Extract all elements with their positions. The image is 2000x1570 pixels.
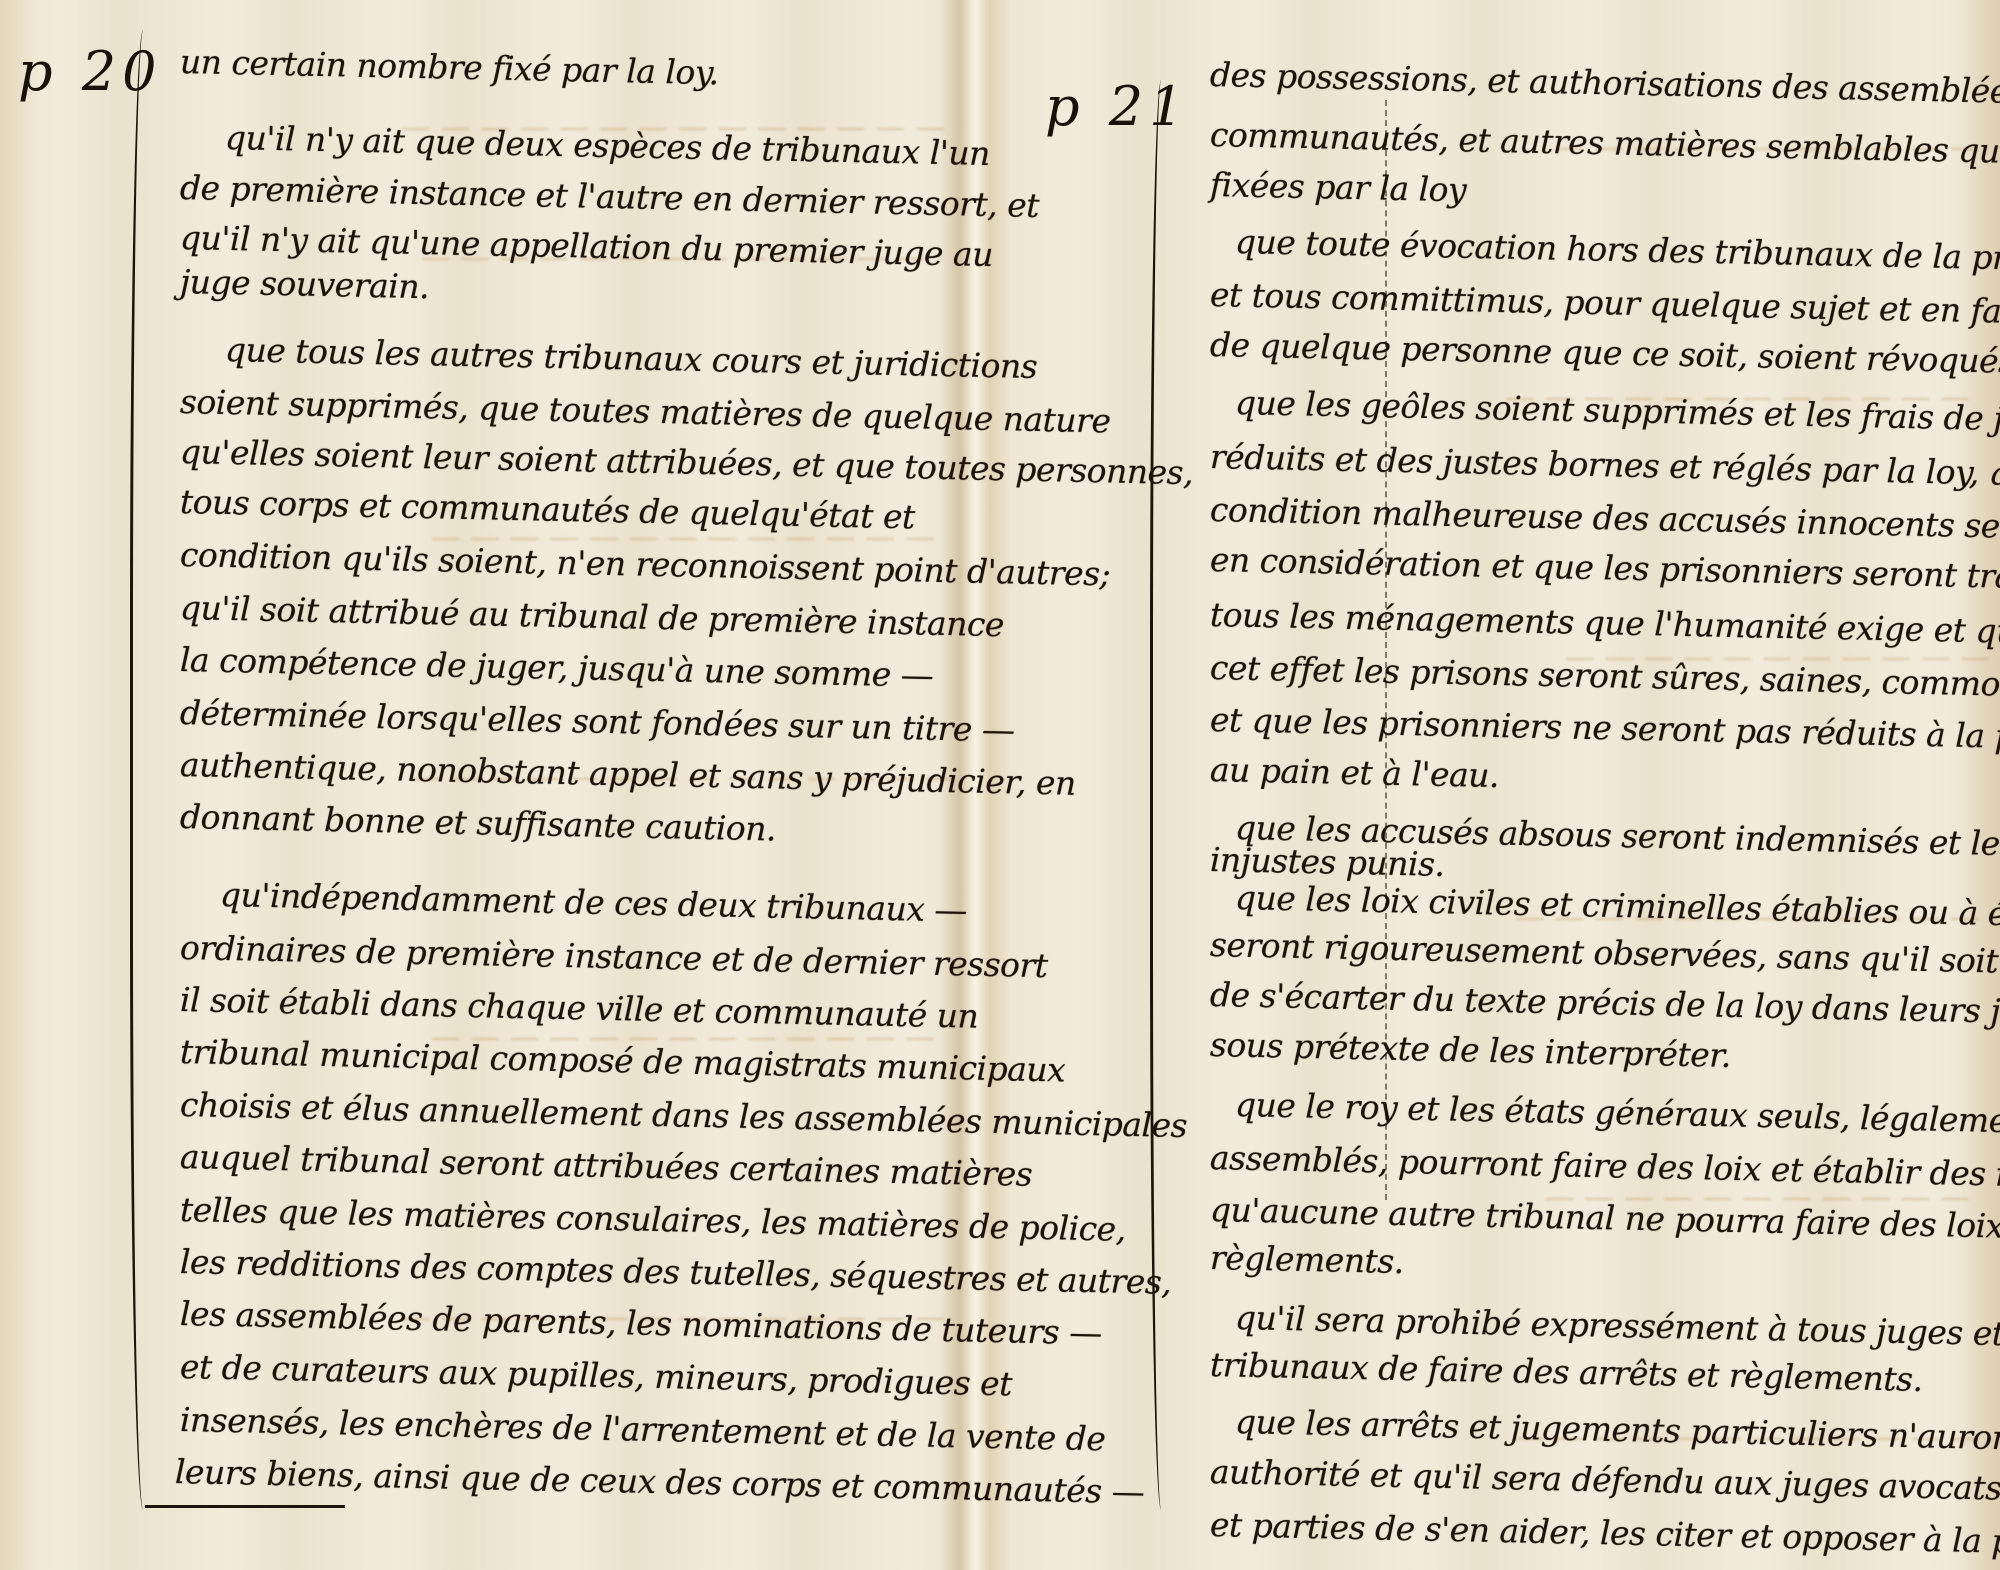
text-line: que les geôles soient supprimés et les f… xyxy=(1235,383,2000,440)
text-line: de première instance et l'autre en derni… xyxy=(180,168,1040,225)
text-line: et tous committimus, pour quelque sujet … xyxy=(1210,275,2000,332)
text-line: insensés, les enchères de l'arrentement … xyxy=(180,1400,1106,1458)
text-line: communautés, et autres matières semblabl… xyxy=(1210,115,2000,175)
text-line: qu'aucune autre tribunal ne pourra faire… xyxy=(1210,1190,2000,1248)
text-line: règlements. xyxy=(1210,1238,1405,1281)
text-line: soient supprimés, que toutes matières de… xyxy=(180,382,1111,440)
text-line: que les arrêts et jugements particuliers… xyxy=(1235,1402,2000,1460)
text-line: tribunal municipal composé de magistrats… xyxy=(180,1032,1066,1090)
text-line: tribunaux de faire des arrêts et règleme… xyxy=(1210,1345,1923,1399)
text-line: tous les ménagements que l'humanité exig… xyxy=(1210,595,2000,651)
text-line: condition malheureuse des accusés innoce… xyxy=(1210,490,2000,548)
text-line: il soit établi dans chaque ville et comm… xyxy=(180,980,979,1036)
text-line: de s'écarter du texte précis de la loy d… xyxy=(1210,975,2000,1035)
manuscript-spread: — — — — — — — — — — — — — — — — — — — — … xyxy=(0,0,2000,1570)
text-line: authentique, nonobstant appel et sans y … xyxy=(180,745,1077,803)
text-line: en considération et que les prisonniers … xyxy=(1210,540,2000,599)
text-line: les assemblées de parents, les nominatio… xyxy=(180,1294,1103,1352)
text-line: assemblés, pourront faire des loix et ét… xyxy=(1210,1138,2000,1197)
text-line: que tous les autres tribunaux cours et j… xyxy=(225,330,1038,386)
text-line: sous prétexte de les interpréter. xyxy=(1210,1025,1732,1075)
left-page: — — — — — — — — — — — — — — — — — — — — … xyxy=(0,0,965,1570)
text-line: fixées par la loy xyxy=(1210,165,1467,209)
text-line: qu'indépendamment de ces deux tribunaux … xyxy=(220,875,968,930)
text-line: que toute évocation hors des tribunaux d… xyxy=(1235,222,2000,279)
text-line: condition qu'ils soient, n'en reconnoiss… xyxy=(180,535,1111,593)
text-line: et que les prisonniers ne seront pas réd… xyxy=(1210,700,2000,758)
text-line: juge souverain. xyxy=(180,262,430,306)
text-line: donnant bonne et suffisante caution. xyxy=(180,797,777,848)
margin-line xyxy=(1150,80,1178,1510)
text-line: authorité et qu'il sera défendu aux juge… xyxy=(1210,1452,2000,1512)
margin-line xyxy=(130,30,163,1510)
text-line: de quelque personne que ce soit, soient … xyxy=(1210,325,2000,381)
text-line: ordinaires de première instance et de de… xyxy=(180,928,1048,985)
text-line: qu'il soit attribué au tribunal de premi… xyxy=(180,588,1005,644)
right-page: — — — — — — — — — — — — — — — — — — — — … xyxy=(985,0,2000,1570)
text-line: qu'il sera prohibé expressément à tous j… xyxy=(1235,1298,2000,1354)
text-line: déterminée lorsqu'elles sont fondées sur… xyxy=(180,693,1015,749)
text-line: et de curateurs aux pupilles, mineurs, p… xyxy=(180,1347,1013,1403)
bottom-rule xyxy=(145,1505,345,1508)
text-line: auquel tribunal seront attribuées certai… xyxy=(180,1137,1033,1194)
text-line: des possessions, et authorisations des a… xyxy=(1210,55,2000,115)
text-line: réduits et des justes bornes et réglés p… xyxy=(1210,437,2000,494)
text-line: la compétence de juger, jusqu'à une somm… xyxy=(180,640,934,695)
text-line: cet effet les prisons seront sûres, sain… xyxy=(1210,648,2000,710)
text-line: au pain et à l'eau. xyxy=(1210,750,1500,795)
text-line: un certain nombre fixé par la loy. xyxy=(180,42,719,92)
text-line: que le roy et les états généraux seuls, … xyxy=(1235,1085,2000,1141)
text-line: et parties de s'en aider, les citer et o… xyxy=(1210,1505,2000,1566)
text-line: qu'il n'y ait que deux espèces de tribun… xyxy=(225,118,991,173)
text-line: tous corps et communautés de quelqu'état… xyxy=(180,482,916,536)
